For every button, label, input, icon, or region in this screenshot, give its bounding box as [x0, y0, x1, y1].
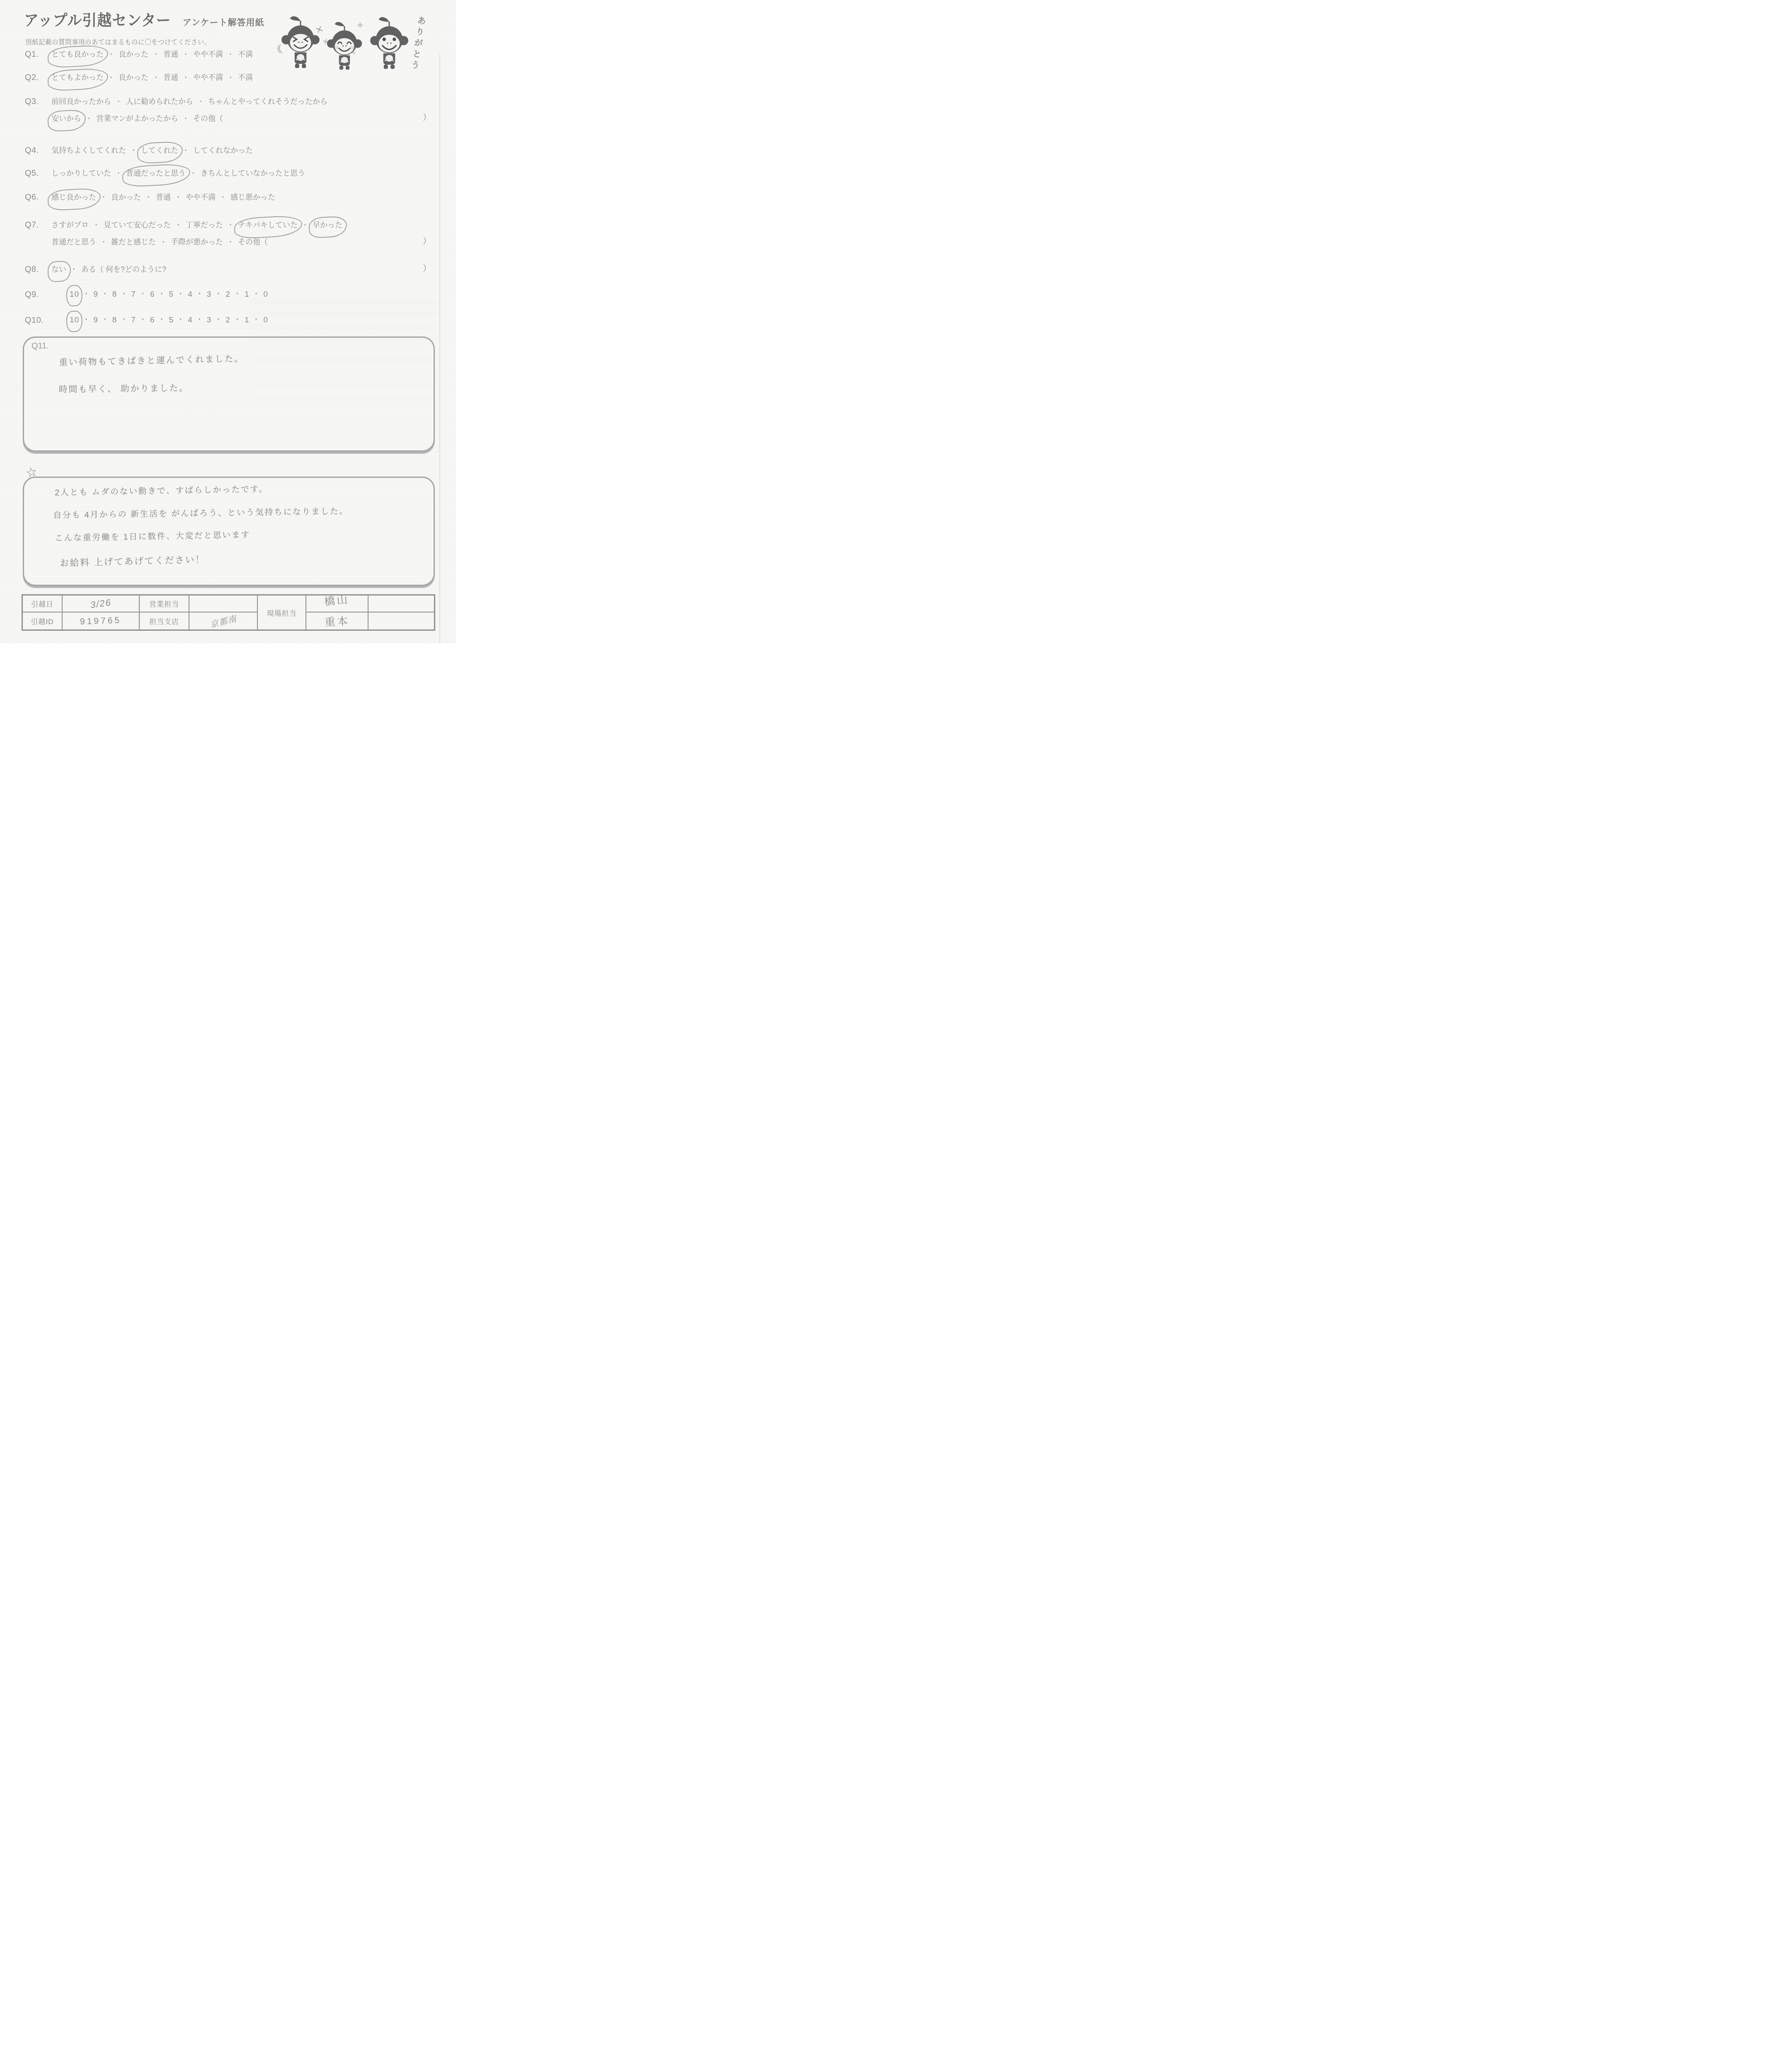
option-separator: ・	[196, 290, 204, 299]
question-options: 気持ちよくしてくれた・してくれた・してくれなかった	[51, 145, 434, 156]
option-separator: ・	[182, 73, 189, 82]
handwritten-staff-name: 橋山	[323, 591, 350, 609]
option-circled: 感じ良かった	[51, 192, 96, 203]
question-number-label: Q6.	[25, 192, 51, 203]
option: 人に勧められたから	[126, 96, 193, 107]
option: 2	[225, 315, 230, 326]
mascot-illustration: （（ ＋ ＋	[274, 2, 448, 73]
question-number-label: Q5.	[25, 168, 51, 179]
question-options: とてもよかった・良かった・普通・やや不満・不満	[51, 72, 434, 83]
option-circled: テキパキしていた	[238, 220, 298, 230]
option-circled: とても良かった	[51, 49, 104, 60]
option: 良かった	[119, 72, 148, 83]
monkey-mascot-icon	[368, 14, 410, 70]
option: 8	[112, 289, 117, 300]
question-number-label: Q1.	[25, 49, 51, 60]
question-row-q4-0: Q4.気持ちよくしてくれた・してくれた・してくれなかった	[25, 145, 434, 156]
option-separator: ・	[82, 290, 90, 299]
option: 良かった	[111, 192, 141, 203]
question-row-q2-0: Q2.とてもよかった・良かった・普通・やや不満・不満	[25, 72, 434, 83]
option: 6	[150, 289, 155, 300]
option-separator: ・	[152, 73, 160, 82]
option: 丁寧だった	[186, 220, 223, 230]
option-separator: ・	[175, 193, 182, 201]
option: 普通	[163, 49, 178, 60]
option-separator: ・	[100, 193, 107, 201]
option: （ 何を?どのように?	[96, 264, 166, 275]
option-separator: ・	[177, 290, 185, 299]
handwritten-staff-name: 重本	[324, 612, 350, 629]
footer-table: 引越日 3/26 営業担当 現場担当 橋山 引越ID 919765 担当支店 京…	[22, 594, 435, 631]
option-separator: ・	[139, 290, 147, 299]
option-separator: ・	[85, 114, 92, 123]
option-separator: ・	[227, 50, 234, 58]
question-number-label: Q8.	[25, 264, 51, 275]
question-row-q10-0: Q10.10・9・8・7・6・5・4・3・2・1・0	[25, 315, 434, 326]
option-separator: ・	[197, 97, 204, 106]
option-separator: ・	[82, 316, 90, 324]
option: 雑だと感じた	[111, 237, 156, 247]
closing-paren: ）	[423, 112, 431, 123]
option: 営業マンがよかったから	[96, 113, 178, 124]
option-separator: ・	[100, 238, 107, 246]
option-separator: ・	[214, 290, 223, 299]
option: 1	[245, 289, 250, 300]
option-separator: ・	[152, 50, 160, 58]
question-options: さすがプロ・見ていて安心だった・丁寧だった・テキパキしていた・早かった	[51, 220, 434, 230]
option-separator: ・	[139, 316, 147, 324]
option-separator: ・	[120, 290, 128, 299]
option-separator: ・	[189, 169, 197, 177]
option-separator: ・	[233, 290, 242, 299]
option-separator: ・	[101, 290, 109, 299]
question-row-q9-0: Q9.10・9・8・7・6・5・4・3・2・1・0	[25, 289, 434, 300]
header: アップル引越センター アンケート解答用紙	[24, 9, 264, 30]
question-row-q3-1: 安いから・営業マンがよかったから・その他（）	[25, 113, 434, 124]
option: 見ていて安心だった	[104, 220, 171, 230]
question-row-q8-0: Q8.ない・ある（ 何を?どのように?）	[25, 264, 434, 275]
option: 9	[93, 289, 98, 300]
handwritten-comment: 時間も早く、 助かりました。	[59, 381, 189, 395]
option-separator: ・	[214, 316, 223, 324]
option: 2	[225, 289, 230, 300]
option: さすがプロ	[51, 220, 89, 230]
question-number-label: Q10.	[25, 315, 51, 326]
option: やや不満	[186, 192, 216, 203]
option-circled: 10	[70, 289, 79, 300]
option: 7	[131, 315, 136, 326]
option-separator: ・	[160, 238, 167, 246]
option: ある	[81, 264, 96, 275]
option-circled: 10	[70, 315, 79, 326]
handwritten-move-date: 3/26	[90, 597, 112, 610]
option-separator: ・	[70, 265, 78, 274]
option-separator: ・	[107, 50, 115, 58]
branch-label-cell: 担当支店	[140, 612, 189, 629]
question-number-label: Q9.	[25, 289, 51, 300]
option: 3	[207, 289, 212, 300]
option: 普通だと思う	[51, 237, 96, 247]
closing-paren: ）	[423, 263, 431, 274]
option-separator: ・	[182, 114, 189, 123]
question-number-label: Q3.	[25, 96, 51, 107]
question-options: とても良かった・良かった・普通・やや不満・不満	[51, 49, 434, 60]
option-separator: ・	[301, 221, 309, 229]
option: 4	[188, 315, 193, 326]
option: 9	[93, 315, 98, 326]
option-separator: ・	[107, 73, 115, 82]
option-separator: ・	[145, 193, 152, 201]
option-separator: ・	[130, 146, 137, 155]
option-separator: ・	[177, 316, 185, 324]
option: 不満	[238, 49, 253, 60]
question-number-label: Q4.	[25, 145, 51, 156]
option: きちんとしていなかったと思う	[201, 168, 305, 179]
option-separator: ・	[120, 316, 128, 324]
field-staff-label-cell: 現場担当	[258, 595, 306, 629]
option: 普通	[156, 192, 171, 203]
option-circled: 安いから	[51, 113, 81, 124]
option-separator: ・	[158, 290, 166, 299]
option: 0	[264, 289, 269, 300]
question-options: 10・9・8・7・6・5・4・3・2・1・0	[51, 315, 434, 326]
question-options: 前回良かったから・人に勧められたから・ちゃんとやってくれそうだったから	[51, 96, 434, 107]
instruction-text: 別紙記載の質問事項のあてはまるものに〇をつけてください。	[25, 37, 211, 46]
option: 不満	[238, 72, 253, 83]
sparkle-icon: ✦	[356, 19, 365, 32]
option-separator: ・	[115, 169, 122, 177]
option-separator: ・	[196, 316, 204, 324]
option-separator: ・	[158, 316, 166, 324]
option-separator: ・	[182, 146, 189, 155]
move-id-label-cell: 引越ID	[23, 612, 63, 629]
option: 6	[150, 315, 155, 326]
q11-label: Q11.	[32, 341, 49, 351]
option-separator: ・	[101, 316, 109, 324]
survey-answer-sheet: アップル引越センター アンケート解答用紙 別紙記載の質問事項のあてはまるものに〇…	[0, 0, 456, 644]
option: 0	[264, 315, 269, 326]
question-number-label: Q7.	[25, 220, 51, 230]
move-id-value-cell: 919765	[63, 612, 140, 629]
monkey-mascot-icon	[279, 13, 322, 69]
form-type-label: アンケート解答用紙	[183, 16, 264, 30]
option: その他（	[238, 237, 268, 247]
option: 感じ悪かった	[230, 192, 275, 203]
option: 気持ちよくしてくれた	[51, 145, 126, 156]
option: してくれなかった	[193, 145, 253, 156]
option: 前回良かったから	[51, 96, 111, 107]
option-separator: ・	[227, 73, 234, 82]
question-row-q3-0: Q3.前回良かったから・人に勧められたから・ちゃんとやってくれそうだったから	[25, 96, 434, 107]
option: 8	[112, 315, 117, 326]
branch-value-cell: 京都南	[189, 612, 258, 629]
company-title: アップル引越センター	[24, 9, 171, 31]
option: ちゃんとやってくれそうだったから	[208, 96, 327, 107]
option-separator: ・	[175, 221, 182, 229]
question-options: 普通だと思う・雑だと感じた・手際が悪かった・その他（	[51, 237, 434, 247]
question-options: ない・ある（ 何を?どのように?	[51, 264, 434, 275]
option: 4	[188, 289, 193, 300]
option: 手際が悪かった	[171, 237, 223, 247]
empty-cell	[369, 612, 434, 629]
option-circled: ない	[51, 264, 66, 275]
move-date-label-cell: 引越日	[23, 595, 63, 612]
sales-rep-label-cell: 営業担当	[140, 595, 189, 612]
option-separator: ・	[227, 238, 234, 246]
handwritten-branch: 京都南	[209, 612, 238, 630]
option: 7	[131, 289, 136, 300]
question-row-q6-0: Q6.感じ良かった・良かった・普通・やや不満・感じ悪かった	[25, 192, 434, 203]
question-number-label: Q2.	[25, 72, 51, 83]
option-separator: ・	[252, 316, 260, 324]
option: やや不満	[193, 49, 223, 60]
handwritten-move-id: 919765	[80, 615, 122, 627]
option-separator: ・	[115, 97, 122, 106]
question-options: しっかりしていた・普通だったと思う・きちんとしていなかったと思う	[51, 168, 434, 179]
option-circled: してくれた	[141, 145, 178, 156]
option: 3	[207, 315, 212, 326]
option: その他（	[193, 113, 223, 124]
field-staff-1-cell: 橋山	[306, 595, 369, 612]
option: 良かった	[119, 49, 148, 60]
question-row-q1-0: Q1.とても良かった・良かった・普通・やや不満・不満	[25, 49, 434, 60]
sales-rep-value-cell	[189, 595, 258, 612]
option: 5	[169, 289, 174, 300]
option-circled: とてもよかった	[51, 72, 104, 83]
option-circled: 普通だったと思う	[126, 168, 186, 179]
scan-artifact-line	[439, 54, 440, 644]
option-separator: ・	[252, 290, 260, 299]
question-options: 安いから・営業マンがよかったから・その他（	[51, 113, 434, 124]
option-separator: ・	[182, 50, 189, 58]
option: 普通	[163, 72, 178, 83]
question-options: 感じ良かった・良かった・普通・やや不満・感じ悪かった	[51, 192, 434, 203]
move-date-value-cell: 3/26	[63, 595, 140, 612]
option-separator: ・	[227, 221, 234, 229]
empty-cell	[369, 595, 434, 612]
option-circled: 早かった	[313, 220, 342, 230]
closing-paren: ）	[423, 236, 431, 247]
question-row-q7-1: 普通だと思う・雑だと感じた・手際が悪かった・その他（）	[25, 237, 434, 247]
field-staff-2-cell: 重本	[306, 612, 369, 629]
question-options: 10・9・8・7・6・5・4・3・2・1・0	[51, 289, 434, 300]
question-row-q7-0: Q7.さすがプロ・見ていて安心だった・丁寧だった・テキパキしていた・早かった	[25, 220, 434, 230]
option: 5	[169, 315, 174, 326]
option-separator: ・	[92, 221, 100, 229]
question-row-q5-0: Q5.しっかりしていた・普通だったと思う・きちんとしていなかったと思う	[25, 168, 434, 179]
option-separator: ・	[233, 316, 242, 324]
option: しっかりしていた	[51, 168, 111, 179]
option: やや不満	[193, 72, 223, 83]
option: 1	[245, 315, 250, 326]
option-separator: ・	[219, 193, 227, 201]
